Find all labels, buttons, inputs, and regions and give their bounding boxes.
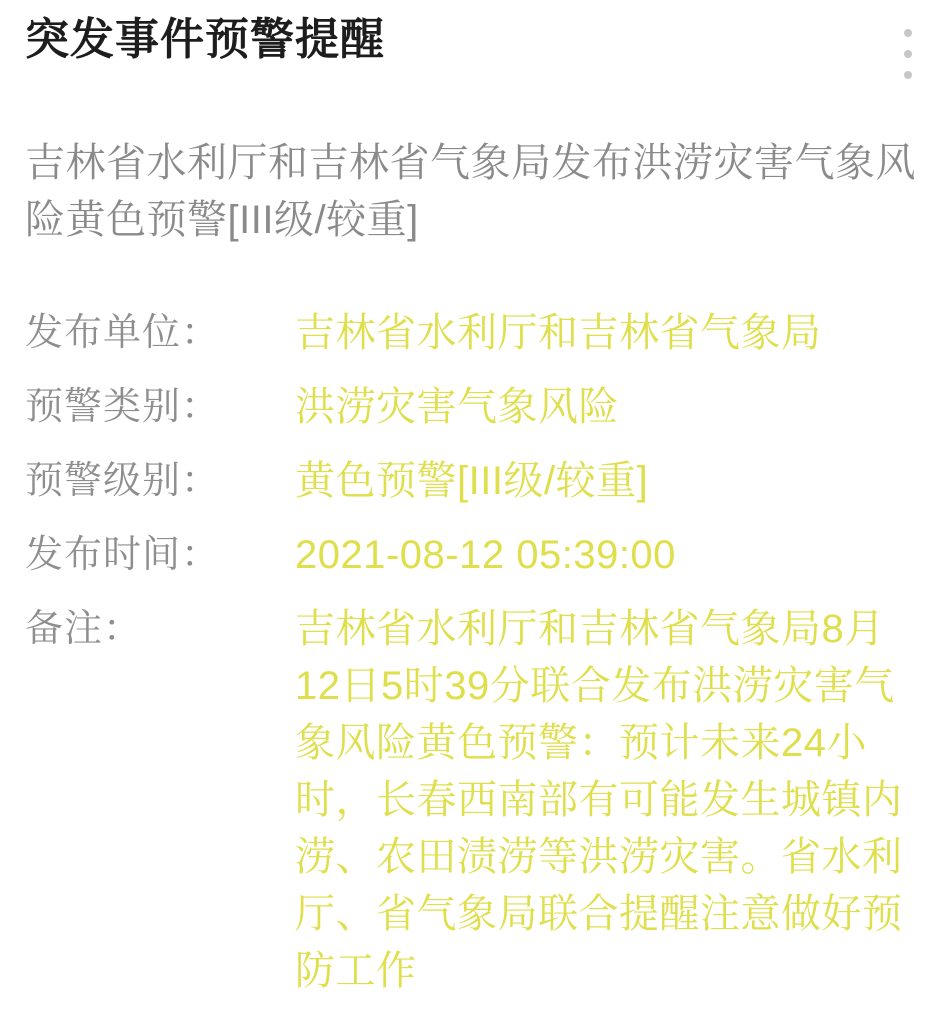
field-label: 发布时间： bbox=[25, 527, 295, 584]
field-row-issue-time: 发布时间： 2021-08-12 05:39:00 bbox=[25, 527, 920, 584]
field-label: 发布单位： bbox=[25, 305, 295, 362]
field-value: 吉林省水利厅和吉林省气象局 bbox=[295, 305, 920, 362]
field-label: 预警级别： bbox=[25, 453, 295, 510]
field-label: 备注： bbox=[25, 601, 295, 658]
kebab-menu-icon bbox=[904, 29, 912, 37]
field-row-issuer: 发布单位： 吉林省水利厅和吉林省气象局 bbox=[25, 305, 920, 362]
alert-summary: 吉林省水利厅和吉林省气象局发布洪涝灾害气象风险黄色预警[III级/较重] bbox=[25, 135, 920, 249]
field-value: 吉林省水利厅和吉林省气象局8月12日5时39分联合发布洪涝灾害气象风险黄色预警：… bbox=[295, 601, 920, 1000]
field-value: 洪涝灾害气象风险 bbox=[295, 379, 920, 436]
kebab-menu-icon bbox=[904, 71, 912, 79]
more-menu-button[interactable] bbox=[896, 13, 920, 89]
header: 突发事件预警提醒 bbox=[25, 13, 920, 89]
alert-detail-card: 突发事件预警提醒 吉林省水利厅和吉林省气象局发布洪涝灾害气象风险黄色预警[III… bbox=[0, 0, 943, 1035]
field-value: 2021-08-12 05:39:00 bbox=[295, 527, 920, 584]
kebab-menu-icon bbox=[904, 50, 912, 58]
field-row-alert-level: 预警级别： 黄色预警[III级/较重] bbox=[25, 453, 920, 510]
alert-fields: 发布单位： 吉林省水利厅和吉林省气象局 预警类别： 洪涝灾害气象风险 预警级别：… bbox=[25, 305, 920, 1000]
page-title: 突发事件预警提醒 bbox=[25, 13, 385, 63]
field-row-alert-type: 预警类别： 洪涝灾害气象风险 bbox=[25, 379, 920, 436]
field-label: 预警类别： bbox=[25, 379, 295, 436]
field-row-remarks: 备注： 吉林省水利厅和吉林省气象局8月12日5时39分联合发布洪涝灾害气象风险黄… bbox=[25, 601, 920, 1000]
field-value: 黄色预警[III级/较重] bbox=[295, 453, 920, 510]
